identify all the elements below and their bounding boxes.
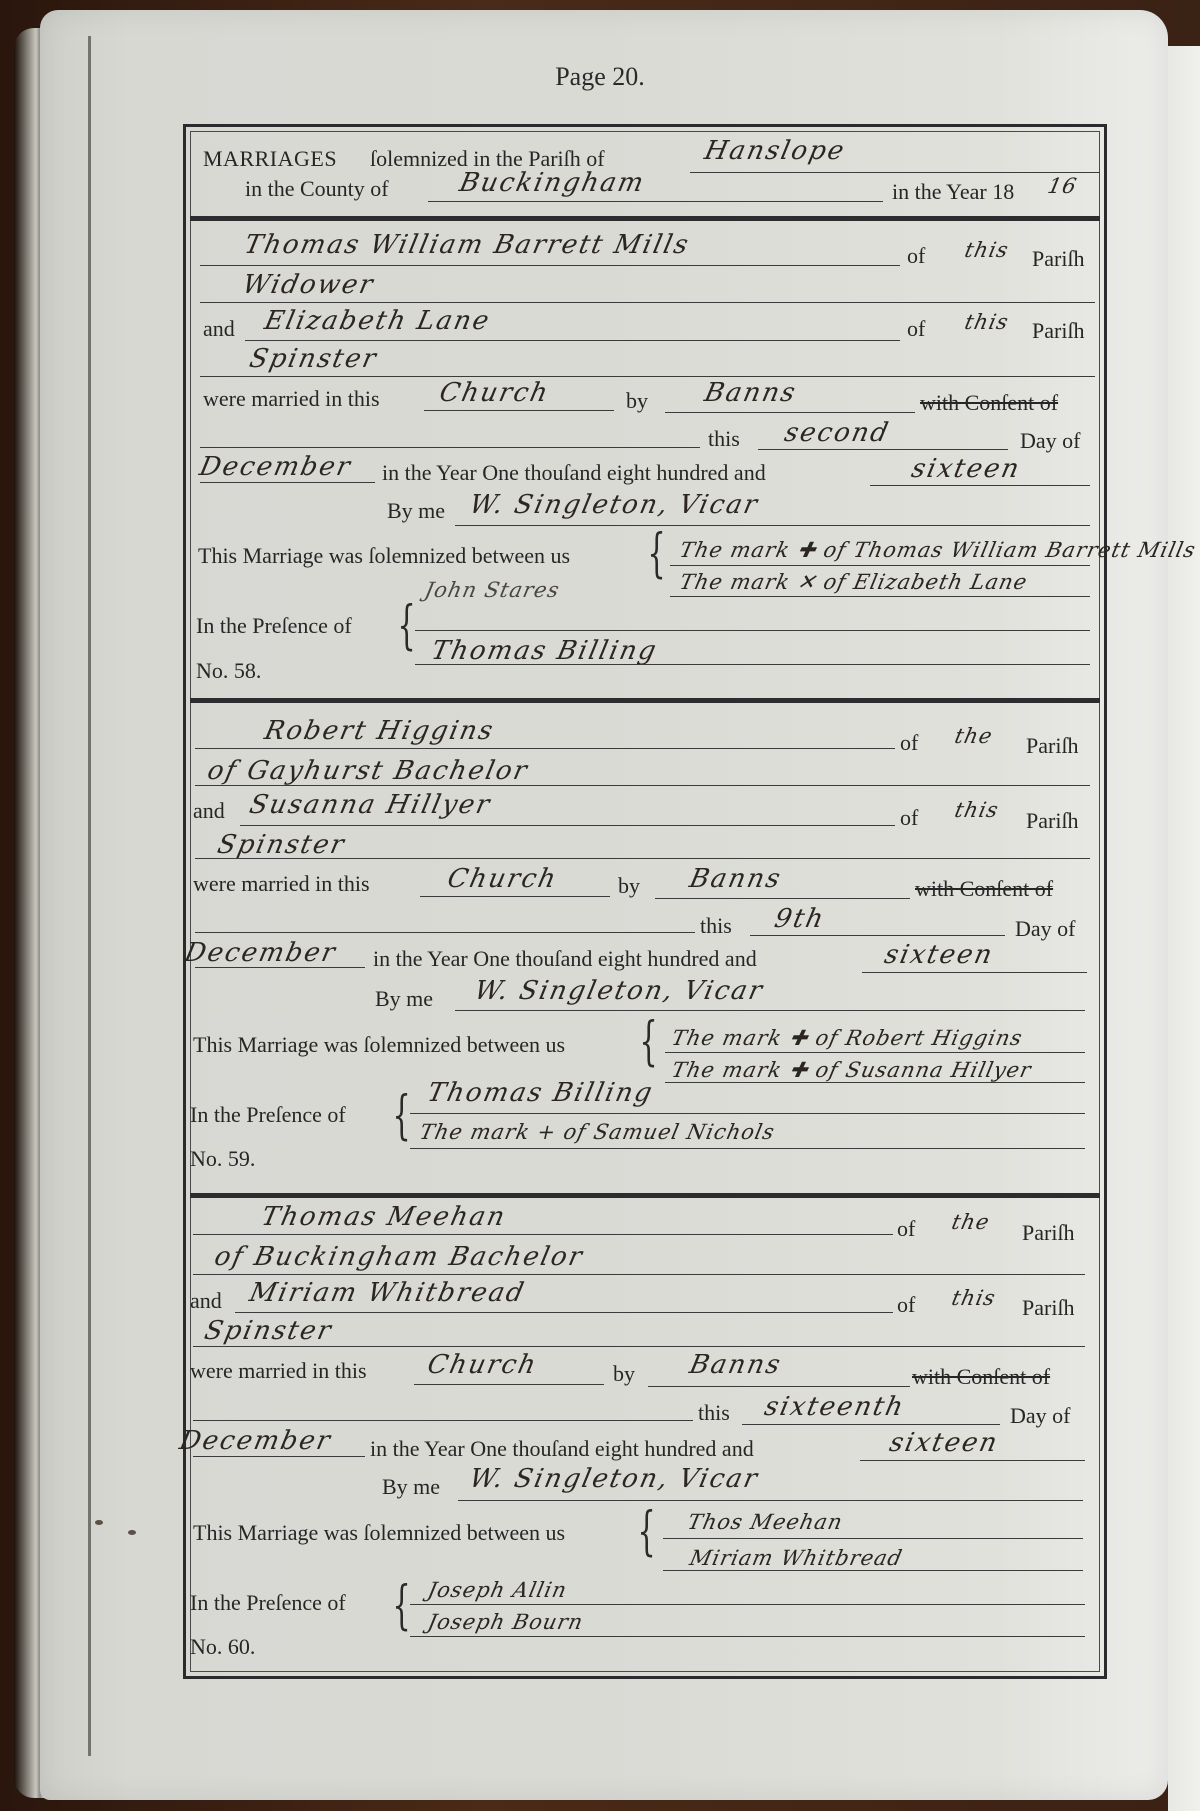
day-of-label: Day of bbox=[1010, 1405, 1070, 1427]
marriage-day: sixteenth bbox=[762, 1394, 907, 1420]
parish-label: Pariſh bbox=[1032, 248, 1085, 270]
groom-status: of Buckingham Bachelor bbox=[212, 1244, 586, 1270]
bride-status: Spinster bbox=[215, 832, 348, 858]
groom-status-rule bbox=[193, 1274, 1085, 1275]
place-rule bbox=[424, 410, 614, 411]
county-name: Buckingham bbox=[457, 170, 647, 196]
ink-mark bbox=[128, 1530, 136, 1535]
brace: { bbox=[647, 528, 665, 580]
bride-of-parish: this bbox=[963, 312, 1011, 333]
brace: { bbox=[637, 1506, 655, 1558]
officiant-rule bbox=[455, 525, 1090, 526]
witness-rule bbox=[410, 1113, 1085, 1114]
witness-rule bbox=[415, 664, 1090, 665]
section-divider bbox=[190, 216, 1100, 221]
officiant: W. Singleton, Vicar bbox=[467, 492, 761, 518]
month-rule bbox=[200, 482, 375, 483]
solemnized-between-label: This Marriage was ſolemnized between us bbox=[193, 1522, 565, 1544]
day-rule bbox=[758, 449, 1008, 450]
bride-name: Miriam Whitbread bbox=[247, 1280, 527, 1306]
signature-rule bbox=[670, 565, 1090, 566]
groom-status: Widower bbox=[240, 272, 376, 298]
groom-name: Robert Higgins bbox=[262, 718, 497, 744]
parish-rule bbox=[690, 172, 1100, 173]
marriages-label: MARRIAGES bbox=[203, 148, 337, 170]
facing-page-edge bbox=[1168, 46, 1200, 1811]
of-label: of bbox=[907, 245, 925, 267]
witness-rule bbox=[415, 630, 1090, 631]
groom-of-parish: the bbox=[953, 726, 995, 747]
marriage-by: Banns bbox=[687, 1352, 784, 1378]
officiant-rule bbox=[458, 1500, 1083, 1501]
witness-rule bbox=[410, 1636, 1085, 1637]
by-label: by bbox=[613, 1363, 635, 1385]
groom-status-rule bbox=[195, 785, 1090, 786]
bride-of-parish: this bbox=[953, 800, 1001, 821]
bride-name: Elizabeth Lane bbox=[262, 308, 493, 334]
parish-label: Pariſh bbox=[1022, 1297, 1075, 1319]
witness-1: John Stares bbox=[423, 580, 562, 601]
by-rule bbox=[665, 412, 915, 413]
year-words-rule bbox=[862, 972, 1087, 973]
witness-1: Thomas Billing bbox=[425, 1080, 656, 1106]
marriage-place: Church bbox=[437, 380, 552, 406]
of-label: of bbox=[900, 732, 918, 754]
signature-bride: The mark ✚ of Susanna Hillyer bbox=[670, 1060, 1034, 1081]
parish-label: Pariſh bbox=[1022, 1222, 1075, 1244]
of-label: of bbox=[907, 318, 925, 340]
and-label: and bbox=[190, 1290, 222, 1312]
by-rule bbox=[655, 898, 910, 899]
page-title: Page 20. bbox=[0, 62, 1200, 92]
in-the-year-label: in the Year One thouſand eight hundred a… bbox=[373, 948, 757, 970]
bride-status: Spinster bbox=[247, 346, 380, 372]
place-rule bbox=[420, 896, 610, 897]
parish-label: Pariſh bbox=[1026, 735, 1079, 757]
ink-mark bbox=[95, 1520, 103, 1525]
marriage-month: December bbox=[182, 940, 339, 966]
solemnized-between-label: This Marriage was ſolemnized between us bbox=[198, 545, 570, 567]
groom-rule bbox=[193, 1234, 893, 1235]
signature-rule bbox=[665, 1052, 1085, 1053]
of-label: of bbox=[897, 1294, 915, 1316]
this-label: this bbox=[708, 428, 740, 450]
signature-rule bbox=[665, 1082, 1085, 1083]
by-me-label: By me bbox=[375, 988, 433, 1010]
signature-groom: Thos Meehan bbox=[686, 1512, 845, 1533]
bride-name: Susanna Hillyer bbox=[247, 792, 493, 818]
by-me-label: By me bbox=[382, 1476, 440, 1498]
marriage-place: Church bbox=[425, 1352, 540, 1378]
bride-of-parish: this bbox=[950, 1288, 998, 1309]
brace: { bbox=[392, 1580, 410, 1632]
and-label: and bbox=[193, 800, 225, 822]
signature-groom: The mark ✚ of Robert Higgins bbox=[670, 1028, 1025, 1049]
witness-1: Joseph Allin bbox=[426, 1580, 569, 1601]
place-rule bbox=[414, 1384, 604, 1385]
page-fold-line bbox=[88, 36, 91, 1756]
witness-2: Joseph Bourn bbox=[426, 1612, 586, 1633]
with-consent-label: with Conſent of bbox=[915, 878, 1053, 900]
brace: { bbox=[392, 1090, 410, 1142]
signature-rule bbox=[663, 1538, 1083, 1539]
bride-status-rule bbox=[193, 1346, 1085, 1347]
in-presence-label: In the Preſence of bbox=[196, 615, 352, 637]
parish-name: Hanslope bbox=[702, 138, 848, 164]
year-words: sixteen bbox=[909, 456, 1023, 482]
witness-rule bbox=[410, 1148, 1085, 1149]
marriage-place: Church bbox=[445, 866, 560, 892]
married-in-label: were married in this bbox=[190, 1360, 367, 1382]
marriage-by: Banns bbox=[702, 380, 799, 406]
witness-2: Thomas Billing bbox=[429, 638, 660, 664]
with-consent-label: with Conſent of bbox=[912, 1366, 1050, 1388]
bride-status-rule bbox=[195, 858, 1090, 859]
marriage-day: second bbox=[782, 420, 892, 446]
year-suffix: 16 bbox=[1046, 176, 1079, 197]
by-label: by bbox=[626, 390, 648, 412]
signature-bride: The mark ✕ of Elizabeth Lane bbox=[678, 572, 1030, 593]
entry-number: No. 60. bbox=[190, 1636, 255, 1658]
year-words-rule bbox=[860, 1460, 1085, 1461]
year-label: in the Year 18 bbox=[892, 181, 1014, 203]
entry-number: No. 59. bbox=[190, 1148, 255, 1170]
parish-label: Pariſh bbox=[1032, 320, 1085, 342]
month-rule bbox=[193, 1456, 365, 1457]
married-in-label: were married in this bbox=[193, 873, 370, 895]
parish-label: Pariſh bbox=[1026, 810, 1079, 832]
marriage-month: December bbox=[177, 1428, 334, 1454]
year-words: sixteen bbox=[887, 1430, 1001, 1456]
consent-rule bbox=[195, 932, 695, 933]
groom-status: of Gayhurst Bachelor bbox=[205, 758, 531, 784]
bride-status: Spinster bbox=[202, 1318, 335, 1344]
bride-rule bbox=[245, 340, 900, 341]
county-rule bbox=[428, 201, 883, 202]
entry-number: No. 58. bbox=[196, 660, 261, 682]
bride-rule bbox=[235, 1312, 893, 1313]
consent-rule bbox=[200, 447, 700, 448]
bride-rule bbox=[240, 825, 895, 826]
year-words-rule bbox=[870, 485, 1090, 486]
witness-2: The mark + of Samuel Nichols bbox=[418, 1122, 777, 1143]
of-label: of bbox=[897, 1218, 915, 1240]
day-rule bbox=[742, 1424, 1000, 1425]
officiant: W. Singleton, Vicar bbox=[472, 978, 766, 1004]
by-label: by bbox=[618, 875, 640, 897]
with-consent-label: with Conſent of bbox=[920, 392, 1058, 414]
marriage-by: Banns bbox=[687, 866, 784, 892]
groom-name: Thomas Meehan bbox=[259, 1204, 508, 1230]
groom-of-parish: the bbox=[950, 1212, 992, 1233]
consent-rule bbox=[193, 1420, 693, 1421]
year-words: sixteen bbox=[882, 942, 996, 968]
witness-rule bbox=[410, 1604, 1085, 1605]
this-label: this bbox=[698, 1402, 730, 1424]
signature-bride: Miriam Whitbread bbox=[688, 1548, 905, 1569]
and-label: and bbox=[203, 318, 235, 340]
signature-groom: The mark ✚ of Thomas William Barrett Mil… bbox=[678, 540, 1198, 561]
groom-rule bbox=[200, 265, 900, 266]
entry-divider bbox=[190, 1193, 1100, 1198]
groom-name: Thomas William Barrett Mills bbox=[242, 232, 692, 258]
in-presence-label: In the Preſence of bbox=[190, 1104, 346, 1126]
day-rule bbox=[750, 935, 1005, 936]
married-in-label: were married in this bbox=[203, 388, 380, 410]
month-rule bbox=[195, 967, 365, 968]
in-the-year-label: in the Year One thouſand eight hundred a… bbox=[382, 462, 766, 484]
this-label: this bbox=[700, 915, 732, 937]
signature-rule bbox=[663, 1570, 1083, 1571]
day-of-label: Day of bbox=[1015, 918, 1075, 940]
solemnized-text: ſolemnized in the Pariſh of bbox=[370, 148, 605, 170]
signature-rule bbox=[670, 596, 1090, 597]
in-presence-label: In the Preſence of bbox=[190, 1592, 346, 1614]
groom-rule bbox=[195, 748, 895, 749]
officiant: W. Singleton, Vicar bbox=[467, 1466, 761, 1492]
by-me-label: By me bbox=[387, 500, 445, 522]
bride-status-rule bbox=[200, 376, 1095, 377]
by-rule bbox=[648, 1386, 910, 1387]
officiant-rule bbox=[455, 1010, 1085, 1011]
day-of-label: Day of bbox=[1020, 430, 1080, 452]
in-the-year-label: in the Year One thouſand eight hundred a… bbox=[370, 1438, 754, 1460]
solemnized-between-label: This Marriage was ſolemnized between us bbox=[193, 1034, 565, 1056]
entry-divider bbox=[190, 698, 1100, 703]
county-label: in the County of bbox=[245, 178, 389, 200]
brace: { bbox=[639, 1016, 657, 1068]
marriage-month: December bbox=[197, 454, 354, 480]
of-label: of bbox=[900, 807, 918, 829]
groom-status-rule bbox=[200, 302, 1095, 303]
marriage-day: 9th bbox=[772, 906, 827, 932]
groom-of-parish: this bbox=[963, 240, 1011, 261]
brace: { bbox=[397, 600, 415, 652]
